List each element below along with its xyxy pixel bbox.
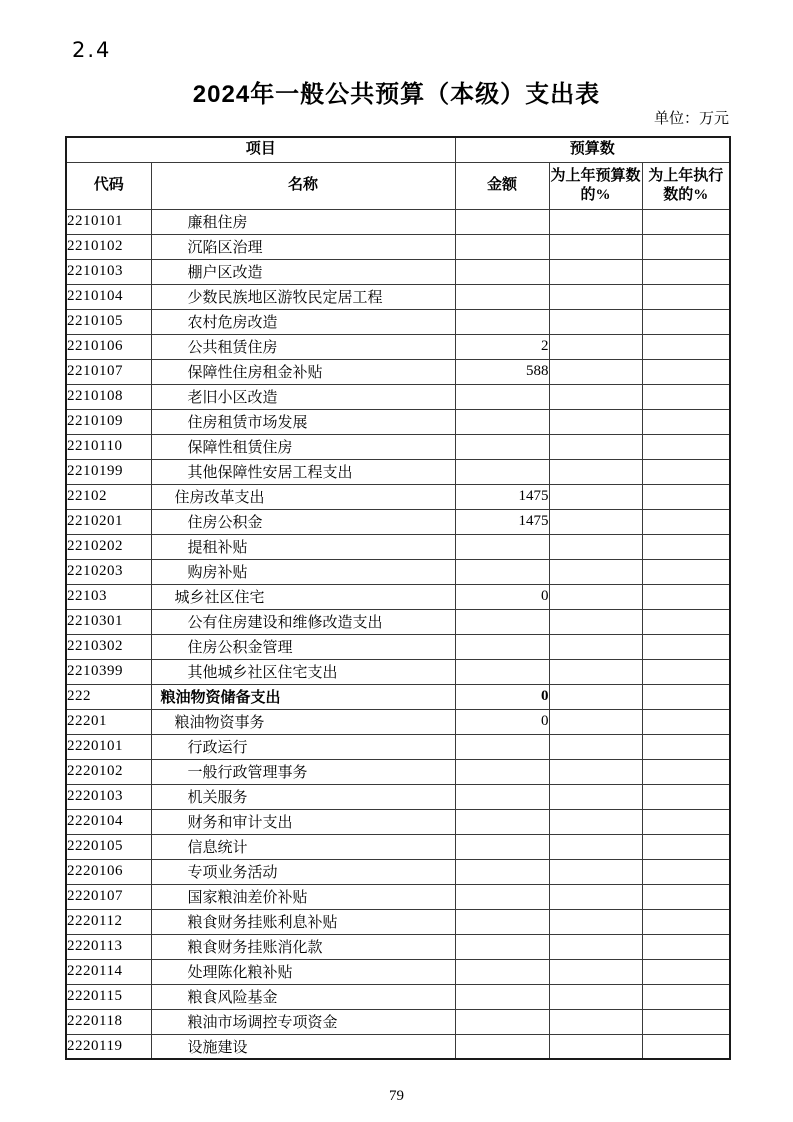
amount-cell — [455, 1009, 549, 1034]
code-cell: 2210301 — [66, 609, 151, 634]
table-row: 2220119 设施建设 — [66, 1034, 730, 1059]
name-cell: 农村危房改造 — [151, 309, 455, 334]
pct-budget-cell — [549, 834, 642, 859]
code-cell: 22103 — [66, 584, 151, 609]
pct-actual-cell — [642, 1009, 730, 1034]
code-cell: 2210102 — [66, 234, 151, 259]
amount-cell: 0 — [455, 584, 549, 609]
pct-budget-cell — [549, 484, 642, 509]
name-cell: 国家粮油差价补贴 — [151, 884, 455, 909]
table-row: 2210108 老旧小区改造 — [66, 384, 730, 409]
header-name: 名称 — [151, 162, 455, 209]
code-cell: 2210203 — [66, 559, 151, 584]
table-row: 2210109 住房租赁市场发展 — [66, 409, 730, 434]
name-cell: 购房补贴 — [151, 559, 455, 584]
code-cell: 2210107 — [66, 359, 151, 384]
pct-budget-cell — [549, 234, 642, 259]
amount-cell — [455, 434, 549, 459]
table-row: 2220103 机关服务 — [66, 784, 730, 809]
pct-actual-cell — [642, 434, 730, 459]
table-row: 2220102 一般行政管理事务 — [66, 759, 730, 784]
table-row: 22102 住房改革支出 1475 — [66, 484, 730, 509]
amount-cell — [455, 209, 549, 234]
pct-actual-cell — [642, 984, 730, 1009]
pct-budget-cell — [549, 309, 642, 334]
name-cell: 处理陈化粮补贴 — [151, 959, 455, 984]
name-cell: 粮油市场调控专项资金 — [151, 1009, 455, 1034]
name-cell: 保障性租赁住房 — [151, 434, 455, 459]
code-cell: 2220101 — [66, 734, 151, 759]
code-cell: 22201 — [66, 709, 151, 734]
name-cell: 粮油物资储备支出 — [151, 684, 455, 709]
pct-actual-cell — [642, 384, 730, 409]
pct-budget-cell — [549, 284, 642, 309]
pct-actual-cell — [642, 559, 730, 584]
header-budget-group: 预算数 — [455, 137, 730, 162]
pct-actual-cell — [642, 584, 730, 609]
pct-actual-cell — [642, 859, 730, 884]
pct-actual-cell — [642, 284, 730, 309]
pct-budget-cell — [549, 359, 642, 384]
pct-budget-cell — [549, 684, 642, 709]
name-cell: 沉陷区治理 — [151, 234, 455, 259]
code-cell: 2220118 — [66, 1009, 151, 1034]
code-cell: 2220114 — [66, 959, 151, 984]
table-row: 2210106 公共租赁住房 2 — [66, 334, 730, 359]
pct-budget-cell — [549, 984, 642, 1009]
pct-budget-cell — [549, 334, 642, 359]
amount-cell — [455, 384, 549, 409]
pct-budget-cell — [549, 259, 642, 284]
code-cell: 2220107 — [66, 884, 151, 909]
pct-actual-cell — [642, 534, 730, 559]
name-cell: 住房公积金管理 — [151, 634, 455, 659]
name-cell: 设施建设 — [151, 1034, 455, 1059]
pct-budget-cell — [549, 609, 642, 634]
name-cell: 住房公积金 — [151, 509, 455, 534]
code-cell: 2220102 — [66, 759, 151, 784]
code-cell: 2220115 — [66, 984, 151, 1009]
pct-budget-cell — [549, 434, 642, 459]
pct-actual-cell — [642, 609, 730, 634]
header-code: 代码 — [66, 162, 151, 209]
pct-actual-cell — [642, 909, 730, 934]
pct-actual-cell — [642, 409, 730, 434]
table-row: 2220106 专项业务活动 — [66, 859, 730, 884]
pct-actual-cell — [642, 509, 730, 534]
table-header: 项目 预算数 代码 名称 金额 为上年预算数的% 为上年执行数的% — [66, 137, 730, 209]
amount-cell: 0 — [455, 709, 549, 734]
amount-cell — [455, 284, 549, 309]
amount-cell — [455, 309, 549, 334]
table-row: 2210102 沉陷区治理 — [66, 234, 730, 259]
pct-actual-cell — [642, 234, 730, 259]
pct-budget-cell — [549, 384, 642, 409]
table-row: 2220112 粮食财务挂账利息补贴 — [66, 909, 730, 934]
pct-actual-cell — [642, 484, 730, 509]
amount-cell — [455, 659, 549, 684]
code-cell: 2220112 — [66, 909, 151, 934]
pct-budget-cell — [549, 759, 642, 784]
pct-budget-cell — [549, 1034, 642, 1059]
pct-budget-cell — [549, 709, 642, 734]
amount-cell: 0 — [455, 684, 549, 709]
amount-cell — [455, 459, 549, 484]
name-cell: 其他保障性安居工程支出 — [151, 459, 455, 484]
pct-actual-cell — [642, 734, 730, 759]
table-row: 2220113 粮食财务挂账消化款 — [66, 934, 730, 959]
code-cell: 2220113 — [66, 934, 151, 959]
amount-cell — [455, 259, 549, 284]
table-row: 22201 粮油物资事务 0 — [66, 709, 730, 734]
code-cell: 2220106 — [66, 859, 151, 884]
header-group-row: 项目 预算数 — [66, 137, 730, 162]
pct-actual-cell — [642, 709, 730, 734]
amount-cell — [455, 759, 549, 784]
amount-cell — [455, 809, 549, 834]
amount-cell — [455, 884, 549, 909]
name-cell: 少数民族地区游牧民定居工程 — [151, 284, 455, 309]
code-cell: 2210108 — [66, 384, 151, 409]
pct-budget-cell — [549, 659, 642, 684]
pct-actual-cell — [642, 334, 730, 359]
amount-cell: 1475 — [455, 484, 549, 509]
name-cell: 廉租住房 — [151, 209, 455, 234]
table-row: 2210110 保障性租赁住房 — [66, 434, 730, 459]
pct-budget-cell — [549, 734, 642, 759]
name-cell: 机关服务 — [151, 784, 455, 809]
table-row: 2220118 粮油市场调控专项资金 — [66, 1009, 730, 1034]
name-cell: 公有住房建设和维修改造支出 — [151, 609, 455, 634]
pct-actual-cell — [642, 1034, 730, 1059]
header-columns-row: 代码 名称 金额 为上年预算数的% 为上年执行数的% — [66, 162, 730, 209]
name-cell: 提租补贴 — [151, 534, 455, 559]
code-cell: 2210110 — [66, 434, 151, 459]
code-cell: 2210199 — [66, 459, 151, 484]
code-cell: 22102 — [66, 484, 151, 509]
pct-actual-cell — [642, 209, 730, 234]
table-row: 2210203 购房补贴 — [66, 559, 730, 584]
code-cell: 2210104 — [66, 284, 151, 309]
name-cell: 行政运行 — [151, 734, 455, 759]
pct-actual-cell — [642, 359, 730, 384]
amount-cell — [455, 534, 549, 559]
pct-actual-cell — [642, 634, 730, 659]
code-cell: 2210103 — [66, 259, 151, 284]
pct-actual-cell — [642, 459, 730, 484]
table-row: 222 粮油物资储备支出 0 — [66, 684, 730, 709]
code-cell: 2210202 — [66, 534, 151, 559]
header-project-group: 项目 — [66, 137, 455, 162]
amount-cell — [455, 934, 549, 959]
pct-actual-cell — [642, 809, 730, 834]
amount-cell — [455, 859, 549, 884]
pct-budget-cell — [549, 884, 642, 909]
name-cell: 财务和审计支出 — [151, 809, 455, 834]
header-pct-prev-actual: 为上年执行数的% — [642, 162, 730, 209]
code-cell: 2210105 — [66, 309, 151, 334]
pct-actual-cell — [642, 884, 730, 909]
code-cell: 2210101 — [66, 209, 151, 234]
code-cell: 2210106 — [66, 334, 151, 359]
table-row: 2210105 农村危房改造 — [66, 309, 730, 334]
code-cell: 222 — [66, 684, 151, 709]
code-cell: 2210201 — [66, 509, 151, 534]
amount-cell — [455, 909, 549, 934]
pct-budget-cell — [549, 634, 642, 659]
amount-cell — [455, 834, 549, 859]
table-row: 2210302 住房公积金管理 — [66, 634, 730, 659]
table-row: 2210103 棚户区改造 — [66, 259, 730, 284]
name-cell: 粮食财务挂账消化款 — [151, 934, 455, 959]
table-row: 2210399 其他城乡社区住宅支出 — [66, 659, 730, 684]
name-cell: 住房改革支出 — [151, 484, 455, 509]
pct-budget-cell — [549, 959, 642, 984]
pct-actual-cell — [642, 834, 730, 859]
pct-actual-cell — [642, 309, 730, 334]
name-cell: 公共租赁住房 — [151, 334, 455, 359]
amount-cell: 1475 — [455, 509, 549, 534]
pct-budget-cell — [549, 509, 642, 534]
pct-budget-cell — [549, 534, 642, 559]
amount-cell — [455, 559, 549, 584]
code-cell: 2210302 — [66, 634, 151, 659]
pct-budget-cell — [549, 934, 642, 959]
table-row: 2220114 处理陈化粮补贴 — [66, 959, 730, 984]
pct-actual-cell — [642, 684, 730, 709]
pct-budget-cell — [549, 209, 642, 234]
header-pct-prev-budget: 为上年预算数的% — [549, 162, 642, 209]
pct-actual-cell — [642, 659, 730, 684]
name-cell: 其他城乡社区住宅支出 — [151, 659, 455, 684]
pct-actual-cell — [642, 759, 730, 784]
table-row: 2210301 公有住房建设和维修改造支出 — [66, 609, 730, 634]
pct-budget-cell — [549, 459, 642, 484]
table-row: 22103 城乡社区住宅 0 — [66, 584, 730, 609]
pct-actual-cell — [642, 259, 730, 284]
table-row: 2220115 粮食风险基金 — [66, 984, 730, 1009]
table-row: 2210104 少数民族地区游牧民定居工程 — [66, 284, 730, 309]
name-cell: 棚户区改造 — [151, 259, 455, 284]
pct-budget-cell — [549, 809, 642, 834]
table-row: 2220107 国家粮油差价补贴 — [66, 884, 730, 909]
code-cell: 2220119 — [66, 1034, 151, 1059]
code-cell: 2220103 — [66, 784, 151, 809]
table-row: 2210101 廉租住房 — [66, 209, 730, 234]
name-cell: 信息统计 — [151, 834, 455, 859]
name-cell: 老旧小区改造 — [151, 384, 455, 409]
amount-cell — [455, 409, 549, 434]
table-row: 2220101 行政运行 — [66, 734, 730, 759]
section-label: 2.4 — [72, 38, 111, 62]
table-row: 2210202 提租补贴 — [66, 534, 730, 559]
name-cell: 住房租赁市场发展 — [151, 409, 455, 434]
name-cell: 专项业务活动 — [151, 859, 455, 884]
name-cell: 保障性住房租金补贴 — [151, 359, 455, 384]
code-cell: 2220104 — [66, 809, 151, 834]
pct-budget-cell — [549, 584, 642, 609]
code-cell: 2220105 — [66, 834, 151, 859]
page-title: 2024年一般公共预算（本级）支出表 — [0, 74, 793, 109]
table-body: 2210101 廉租住房 2210102 沉陷区治理 2210103 棚户区改造… — [66, 209, 730, 1059]
amount-cell — [455, 234, 549, 259]
pct-budget-cell — [549, 859, 642, 884]
unit-note: 单位：万元 — [65, 107, 729, 128]
table-row: 2220104 财务和审计支出 — [66, 809, 730, 834]
amount-cell — [455, 634, 549, 659]
amount-cell — [455, 784, 549, 809]
table-row: 2210201 住房公积金 1475 — [66, 509, 730, 534]
amount-cell — [455, 1034, 549, 1059]
name-cell: 粮油物资事务 — [151, 709, 455, 734]
pct-actual-cell — [642, 784, 730, 809]
table-row: 2210199 其他保障性安居工程支出 — [66, 459, 730, 484]
budget-table: 项目 预算数 代码 名称 金额 为上年预算数的% 为上年执行数的% 221010… — [65, 136, 731, 1060]
amount-cell — [455, 984, 549, 1009]
name-cell: 粮食财务挂账利息补贴 — [151, 909, 455, 934]
header-amount: 金额 — [455, 162, 549, 209]
code-cell: 2210109 — [66, 409, 151, 434]
pct-budget-cell — [549, 1009, 642, 1034]
amount-cell: 2 — [455, 334, 549, 359]
amount-cell — [455, 734, 549, 759]
pct-actual-cell — [642, 934, 730, 959]
amount-cell: 588 — [455, 359, 549, 384]
amount-cell — [455, 609, 549, 634]
pct-budget-cell — [549, 784, 642, 809]
code-cell: 2210399 — [66, 659, 151, 684]
amount-cell — [455, 959, 549, 984]
page-number: 79 — [0, 1088, 793, 1105]
name-cell: 粮食风险基金 — [151, 984, 455, 1009]
table-row: 2220105 信息统计 — [66, 834, 730, 859]
pct-budget-cell — [549, 909, 642, 934]
pct-budget-cell — [549, 559, 642, 584]
table-row: 2210107 保障性住房租金补贴 588 — [66, 359, 730, 384]
pct-actual-cell — [642, 959, 730, 984]
name-cell: 城乡社区住宅 — [151, 584, 455, 609]
name-cell: 一般行政管理事务 — [151, 759, 455, 784]
pct-budget-cell — [549, 409, 642, 434]
